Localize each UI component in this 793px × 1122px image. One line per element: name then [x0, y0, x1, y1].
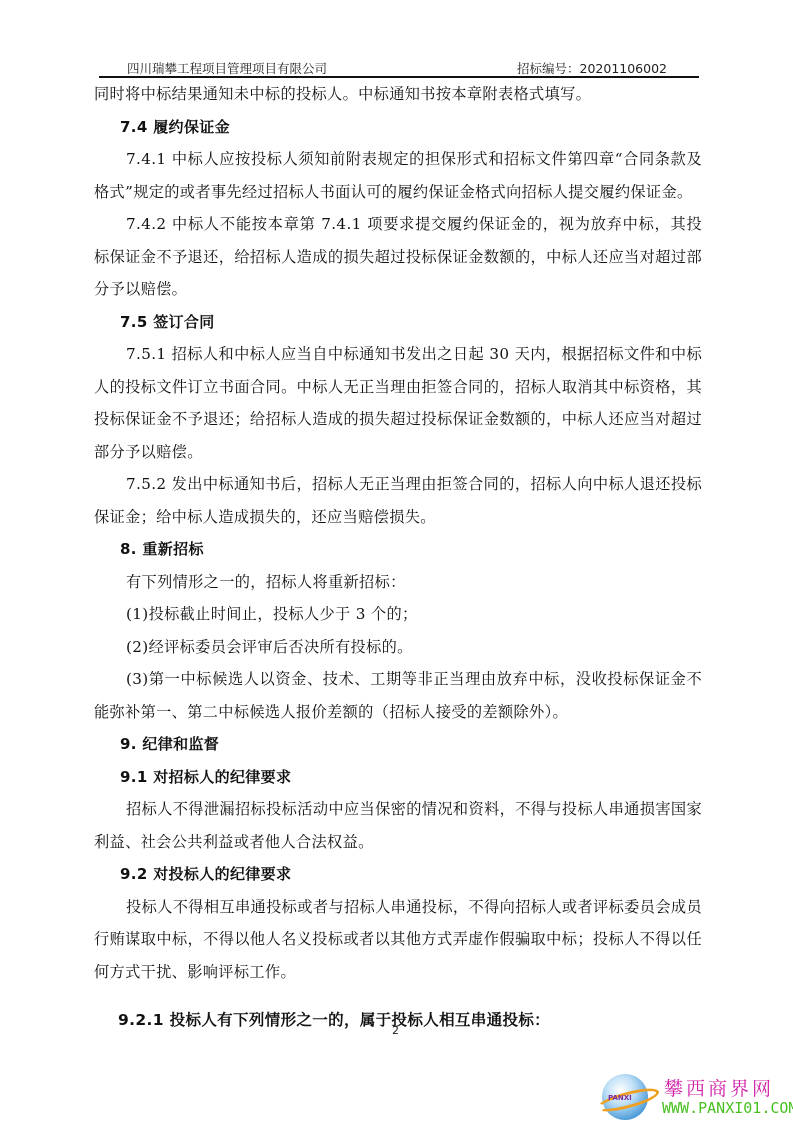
logo-label: PANXI	[608, 1094, 632, 1102]
paragraph-9-1: 招标人不得泄漏招标投标活动中应当保密的情况和资料，不得与投标人串通损害国家利益、…	[94, 793, 702, 858]
section-heading-7-5: 7.5 签订合同	[94, 306, 702, 339]
paragraph-7-4-2: 7.4.2 中标人不能按本章第 7.4.1 项要求提交履约保证金的，视为放弃中标…	[94, 208, 702, 306]
paragraph: 有下列情形之一的，招标人将重新招标：	[94, 566, 702, 599]
paragraph-7-4-1: 7.4.1 中标人应按投标人须知前附表规定的担保形式和招标文件第四章“合同条款及…	[94, 143, 702, 208]
paragraph: 同时将中标结果通知未中标的投标人。中标通知书按本章附表格式填写。	[94, 78, 702, 111]
list-item-3: (3)第一中标候选人以资金、技术、工期等非正当理由放弃中标，没收投标保证金不能弥…	[94, 663, 702, 728]
section-heading-9-2: 9.2 对投标人的纪律要求	[94, 858, 702, 891]
company-name: 四川瑞攀工程项目管理项目有限公司	[127, 59, 327, 77]
section-heading-8: 8. 重新招标	[94, 533, 702, 566]
section-heading-9: 9. 纪律和监督	[94, 728, 702, 761]
watermark-site-name: 攀西商界网	[664, 1074, 774, 1101]
section-heading-9-1: 9.1 对招标人的纪律要求	[94, 761, 702, 794]
list-item-1: (1)投标截止时间止，投标人少于 3 个的；	[94, 598, 702, 631]
site-watermark: PANXI 攀西商界网 WWW.PANXI01.COM	[600, 1072, 793, 1122]
paragraph-9-2: 投标人不得相互串通投标或者与招标人串通投标，不得向招标人或者评标委员会成员行贿谋…	[94, 891, 702, 989]
page-header: 四川瑞攀工程项目管理项目有限公司 招标编号：20201106002	[103, 58, 697, 76]
document-body: 同时将中标结果通知未中标的投标人。中标通知书按本章附表格式填写。 7.4 履约保…	[94, 78, 702, 1037]
paragraph-7-5-1: 7.5.1 招标人和中标人应当自中标通知书发出之日起 30 天内，根据招标文件和…	[94, 338, 702, 468]
globe-logo-icon: PANXI	[602, 1074, 648, 1120]
page-number: 2	[392, 1024, 399, 1037]
watermark-site-url: WWW.PANXI01.COM	[662, 1099, 793, 1117]
section-heading-7-4: 7.4 履约保证金	[94, 111, 702, 144]
paragraph-7-5-2: 7.5.2 发出中标通知书后，招标人无正当理由拒签合同的，招标人向中标人退还投标…	[94, 468, 702, 533]
tender-number: 招标编号：20201106002	[517, 59, 667, 77]
list-item-2: (2)经评标委员会评审后否决所有投标的。	[94, 631, 702, 664]
